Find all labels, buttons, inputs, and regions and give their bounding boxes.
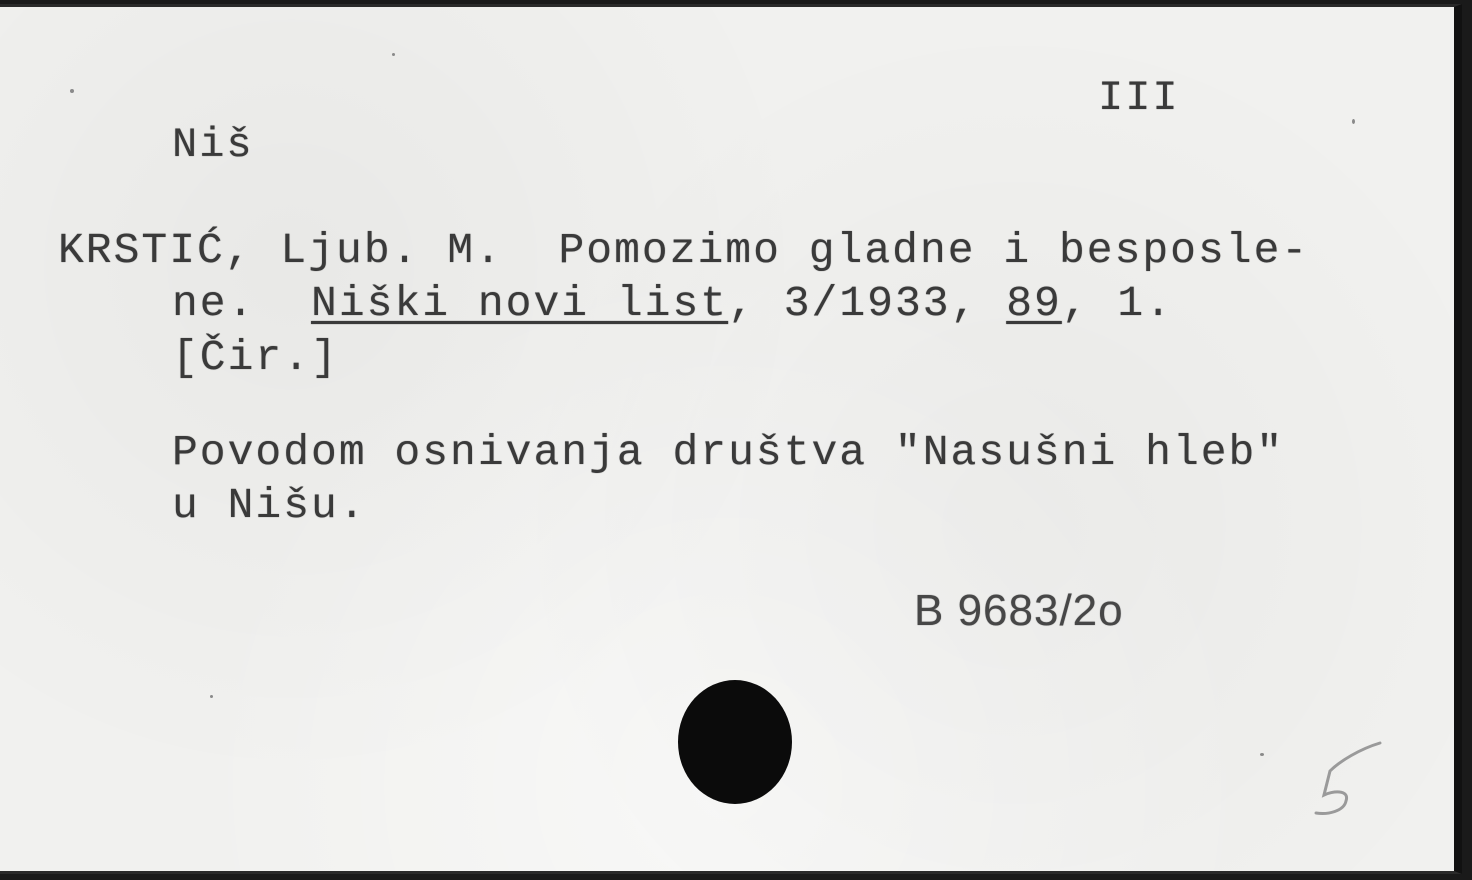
page-number: 1. — [1117, 279, 1173, 328]
speck — [1260, 753, 1264, 756]
entry-line-2: ne. Niški novi list, 3/1933, 89, 1. — [172, 282, 1173, 325]
issue-number: 89 — [1006, 279, 1062, 328]
annotation-line-1: Povodom osnivanja društva "Nasušni hleb" — [172, 431, 1284, 474]
punch-hole-icon — [678, 680, 792, 804]
catalog-card: Niš III KRSTIĆ, Ljub. M. Pomozimo gladne… — [0, 4, 1462, 874]
publication-date: 3/1933 — [784, 279, 951, 328]
handwritten-mark-icon — [1310, 735, 1390, 835]
speck — [210, 695, 213, 698]
separator: , — [728, 279, 756, 328]
title-end: ne. — [172, 279, 255, 328]
series-number: III — [1098, 77, 1180, 119]
author: KRSTIĆ, Ljub. M. — [58, 226, 503, 275]
subject-heading: Niš — [172, 124, 254, 166]
speck — [70, 89, 74, 93]
script-note: [Čir.] — [172, 336, 339, 379]
publication-title: Niški novi list — [311, 279, 728, 328]
speck — [1352, 119, 1355, 124]
call-number: B 9683/2o — [914, 589, 1124, 633]
annotation-line-2: u Nišu. — [172, 484, 367, 527]
separator: , — [1062, 279, 1090, 328]
separator: , — [951, 279, 979, 328]
speck — [392, 53, 395, 56]
entry-line-1: KRSTIĆ, Ljub. M. Pomozimo gladne i bespo… — [58, 229, 1309, 272]
title-start: Pomozimo gladne i besposle- — [558, 226, 1309, 275]
